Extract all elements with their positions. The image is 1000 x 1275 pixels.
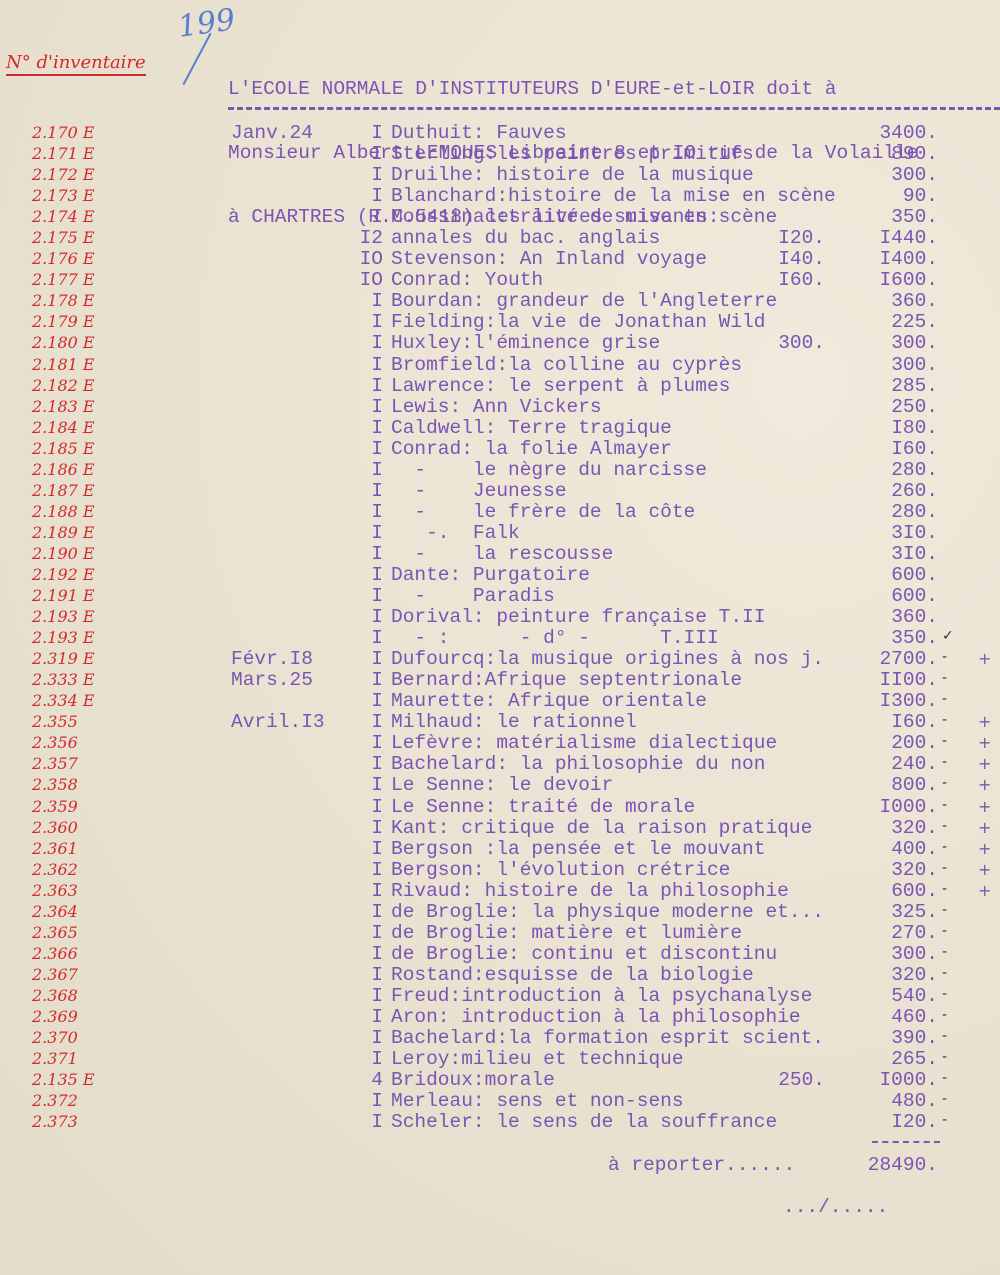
check-mark: - — [942, 797, 947, 813]
book-title: - le frère de la côte — [391, 502, 695, 523]
line-price: I80. — [891, 418, 938, 439]
table-row: 2.362IBergson: l'évolution crétrice320.-… — [0, 860, 1000, 881]
check-mark: - — [942, 923, 947, 939]
quantity: I — [355, 923, 383, 944]
line-price: 300. — [891, 333, 938, 354]
inventory-number: 2.170 E — [32, 123, 95, 142]
book-title: Scheler: le sens de la souffrance — [391, 1112, 777, 1133]
line-price: 350. — [891, 207, 938, 228]
inventory-number: 2.361 — [32, 839, 78, 858]
line-price: 90. — [903, 186, 938, 207]
unit-price: 250. — [778, 1070, 825, 1091]
book-title: Moussinac:traité de mise en scène — [391, 207, 777, 228]
inventory-number: 2.369 — [32, 1007, 78, 1026]
table-row: 2.193 EI - : - d° - T.III350.✓ — [0, 628, 1000, 649]
check-mark: - — [942, 986, 947, 1002]
table-row: 2.372IMerleau: sens et non-sens480.- — [0, 1091, 1000, 1112]
line-price: 400. — [891, 839, 938, 860]
header-rule — [228, 107, 1000, 110]
line-price: I000. — [879, 1070, 938, 1091]
book-title: Bachelard:la formation esprit scient. — [391, 1028, 824, 1049]
order-date: Janv.24 — [231, 123, 313, 144]
table-row: 2.366Ide Broglie: continu et discontinu3… — [0, 944, 1000, 965]
inventory-number: 2.373 — [32, 1112, 78, 1131]
table-row: 2.182 EILawrence: le serpent à plumes285… — [0, 376, 1000, 397]
total-value: 28490. — [868, 1155, 938, 1176]
book-title: Huxley:l'éminence grise — [391, 333, 660, 354]
line-price: 300. — [891, 944, 938, 965]
line-price: I440. — [879, 228, 938, 249]
book-title: Freud:introduction à la psychanalyse — [391, 986, 812, 1007]
inventory-number: 2.193 E — [32, 607, 95, 626]
book-title: Blanchard:histoire de la mise en scène — [391, 186, 836, 207]
quantity: I — [355, 649, 383, 670]
check-mark: - — [942, 712, 947, 728]
inventory-number: 2.368 — [32, 986, 78, 1005]
check-mark: - — [942, 733, 947, 749]
table-row: 2.369IAron: introduction à la philosophi… — [0, 1007, 1000, 1028]
quantity: I — [355, 733, 383, 754]
table-row: 2.368IFreud:introduction à la psychanaly… — [0, 986, 1000, 1007]
inventory-number: 2.184 E — [32, 418, 95, 437]
line-price: I60. — [891, 712, 938, 733]
table-row: 2.177 EIOConrad: YouthI60.I600. — [0, 270, 1000, 291]
check-mark: - — [942, 944, 947, 960]
line-price: 540. — [891, 986, 938, 1007]
table-row: 2.363IRivaud: histoire de la philosophie… — [0, 881, 1000, 902]
line-price: I20. — [891, 1112, 938, 1133]
line-price: I300. — [879, 691, 938, 712]
inventory-number: 2.187 E — [32, 481, 95, 500]
quantity: I — [355, 965, 383, 986]
inventory-number: 2.181 E — [32, 355, 95, 374]
inventory-number: 2.171 E — [32, 144, 95, 163]
book-title: - le nègre du narcisse — [391, 460, 707, 481]
book-title: Dante: Purgatoire — [391, 565, 590, 586]
line-price: 320. — [891, 818, 938, 839]
quantity: I — [355, 207, 383, 228]
check-mark: ✓ — [942, 628, 954, 644]
quantity: I — [355, 881, 383, 902]
order-date: Avril.I3 — [231, 712, 325, 733]
book-title: - Paradis — [391, 586, 555, 607]
check-mark: - — [942, 1091, 947, 1107]
table-row: 2.183 EILewis: Ann Vickers250. — [0, 397, 1000, 418]
book-title: - Jeunesse — [391, 481, 567, 502]
table-row: 2.359ILe Senne: traité de moraleI000.-+ — [0, 797, 1000, 818]
table-row: 2.181 EIBromfield:la colline au cyprès30… — [0, 355, 1000, 376]
quantity: I — [355, 818, 383, 839]
inventory-number: 2.174 E — [32, 207, 95, 226]
inventory-number: 2.182 E — [32, 376, 95, 395]
book-title: Bourdan: grandeur de l'Angleterre — [391, 291, 777, 312]
quantity: I — [355, 670, 383, 691]
inventory-number: 2.177 E — [32, 270, 95, 289]
table-row: 2.319 EFévr.I8IDufourcq:la musique origi… — [0, 649, 1000, 670]
line-price: I60. — [891, 439, 938, 460]
order-date: Mars.25 — [231, 670, 313, 691]
book-title: Lefèvre: matérialisme dialectique — [391, 733, 777, 754]
quantity: I — [355, 775, 383, 796]
check-mark: - — [942, 818, 947, 834]
inventory-column-label: N° d'inventaire — [6, 52, 146, 76]
inventory-number: 2.370 — [32, 1028, 78, 1047]
unit-price: I40. — [778, 249, 825, 270]
line-price: 300. — [891, 355, 938, 376]
quantity: I — [355, 397, 383, 418]
table-row: 2.174 EIMoussinac:traité de mise en scèn… — [0, 207, 1000, 228]
inventory-number: 2.176 E — [32, 249, 95, 268]
quantity: I — [355, 839, 383, 860]
check-mark: - — [942, 1049, 947, 1065]
book-title: Fielding:la vie de Jonathan Wild — [391, 312, 765, 333]
quantity: I — [355, 860, 383, 881]
quantity: I — [355, 460, 383, 481]
line-price: 300. — [891, 165, 938, 186]
book-title: - la rescousse — [391, 544, 613, 565]
inventory-number: 2.365 — [32, 923, 78, 942]
inventory-number: 2.355 — [32, 712, 78, 731]
inventory-number: 2.189 E — [32, 523, 95, 542]
line-price: 285. — [891, 376, 938, 397]
table-row: 2.170 EJanv.24IDuthuit: Fauves3400. — [0, 123, 1000, 144]
quantity: I — [355, 1091, 383, 1112]
unit-price: 300. — [778, 333, 825, 354]
line-price: 360. — [891, 607, 938, 628]
plus-mark: + — [978, 754, 991, 773]
table-row: 2.179 EIFielding:la vie de Jonathan Wild… — [0, 312, 1000, 333]
line-price: 260. — [891, 481, 938, 502]
plus-mark: + — [978, 797, 991, 816]
quantity: I — [355, 797, 383, 818]
inventory-number: 2.362 — [32, 860, 78, 879]
book-title: -. Falk — [391, 523, 520, 544]
check-mark: - — [942, 754, 947, 770]
table-row: 2.190 EI - la rescousse3I0. — [0, 544, 1000, 565]
line-price: 325. — [891, 902, 938, 923]
quantity: I — [355, 902, 383, 923]
inventory-number: 2.185 E — [32, 439, 95, 458]
book-title: Milhaud: le rationnel — [391, 712, 637, 733]
plus-mark: + — [978, 881, 991, 900]
table-row: 2.185 EIConrad: la folie AlmayerI60. — [0, 439, 1000, 460]
inventory-number: 2.372 — [32, 1091, 78, 1110]
line-price: 2700. — [879, 649, 938, 670]
check-mark: - — [942, 1028, 947, 1044]
table-row: 2.193 EIDorival: peinture française T.II… — [0, 607, 1000, 628]
quantity: I — [355, 712, 383, 733]
inventory-number: 2.179 E — [32, 312, 95, 331]
line-price: 600. — [891, 565, 938, 586]
line-price: 280. — [891, 460, 938, 481]
line-price: 3I0. — [891, 544, 938, 565]
table-row: 2.172 EIDruilhe: histoire de la musique3… — [0, 165, 1000, 186]
plus-mark: + — [978, 712, 991, 731]
check-mark: - — [942, 1070, 947, 1086]
inventory-number: 2.135 E — [32, 1070, 95, 1089]
line-price: 265. — [891, 1049, 938, 1070]
quantity: I — [355, 628, 383, 649]
inventory-number: 2.364 — [32, 902, 78, 921]
inventory-number: 2.366 — [32, 944, 78, 963]
line-price: I400. — [879, 249, 938, 270]
header-line-1: L'ECOLE NORMALE D'INSTITUTEURS D'EURE-et… — [228, 78, 918, 100]
quantity: I — [355, 439, 383, 460]
book-title: Duthuit: Fauves — [391, 123, 567, 144]
book-title: Le Senne: traité de morale — [391, 797, 695, 818]
line-price: I000. — [879, 797, 938, 818]
inventory-number: 2.360 — [32, 818, 78, 837]
line-price: 225. — [891, 312, 938, 333]
continuation-mark: .../..... — [783, 1197, 888, 1218]
table-row: 2.187 EI - Jeunesse260. — [0, 481, 1000, 502]
book-title: Dorival: peinture française T.II — [391, 607, 765, 628]
book-title: annales du bac. anglais — [391, 228, 660, 249]
quantity: I — [355, 186, 383, 207]
line-price: I600. — [879, 270, 938, 291]
check-mark: - — [942, 1112, 947, 1128]
plus-mark: + — [978, 818, 991, 837]
quantity: I — [355, 376, 383, 397]
quantity: I — [355, 165, 383, 186]
table-row: 2.360IKant: critique de la raison pratiq… — [0, 818, 1000, 839]
table-row: 2.175 EI2annales du bac. anglaisI20.I440… — [0, 228, 1000, 249]
table-row: 2.333 EMars.25IBernard:Afrique septentri… — [0, 670, 1000, 691]
inventory-number: 2.190 E — [32, 544, 95, 563]
line-price: 250. — [891, 397, 938, 418]
book-title: Dufourcq:la musique origines à nos j. — [391, 649, 824, 670]
quantity: I — [355, 544, 383, 565]
inventory-number: 2.175 E — [32, 228, 95, 247]
quantity: IO — [355, 249, 383, 270]
quantity: I — [355, 523, 383, 544]
line-price: 800. — [891, 775, 938, 796]
check-mark: - — [942, 839, 947, 855]
inventory-number: 2.319 E — [32, 649, 95, 668]
table-row: 2.367IRostand:esquisse de la biologie320… — [0, 965, 1000, 986]
inventory-number: 2.193 E — [32, 628, 95, 647]
quantity: I — [355, 1112, 383, 1133]
book-title: de Broglie: continu et discontinu — [391, 944, 777, 965]
check-mark: - — [942, 775, 947, 791]
inventory-number: 2.358 — [32, 775, 78, 794]
quantity: I — [355, 607, 383, 628]
book-title: Stevenson: An Inland voyage — [391, 249, 707, 270]
table-row: 2.180 EIHuxley:l'éminence grise300.300. — [0, 333, 1000, 354]
quantity: I — [355, 123, 383, 144]
book-title: - : - d° - T.III — [391, 628, 719, 649]
quantity: 4 — [355, 1070, 383, 1091]
line-price: 390. — [891, 1028, 938, 1049]
book-title: Sterling:les peintres primitifs — [391, 144, 754, 165]
inventory-number: 2.357 — [32, 754, 78, 773]
quantity: I — [355, 333, 383, 354]
inventory-number: 2.356 — [32, 733, 78, 752]
line-price: 350. — [891, 628, 938, 649]
quantity: I2 — [355, 228, 383, 249]
quantity: I — [355, 944, 383, 965]
line-price: 320. — [891, 860, 938, 881]
book-title: de Broglie: la physique moderne et... — [391, 902, 824, 923]
book-title: Lawrence: le serpent à plumes — [391, 376, 730, 397]
table-row: 2.176 EIOStevenson: An Inland voyageI40.… — [0, 249, 1000, 270]
table-row: 2.371ILeroy:milieu et technique265.- — [0, 1049, 1000, 1070]
line-price: 240. — [891, 754, 938, 775]
book-title: Bernard:Afrique septentrionale — [391, 670, 742, 691]
check-mark: - — [942, 965, 947, 981]
book-title: Rostand:esquisse de la biologie — [391, 965, 754, 986]
table-row: 2.364Ide Broglie: la physique moderne et… — [0, 902, 1000, 923]
quantity: I — [355, 144, 383, 165]
check-mark: - — [942, 1007, 947, 1023]
quantity: I — [355, 1007, 383, 1028]
inventory-number: 2.334 E — [32, 691, 95, 710]
quantity: IO — [355, 270, 383, 291]
book-title: Maurette: Afrique orientale — [391, 691, 707, 712]
table-row: 2.358ILe Senne: le devoir800.-+ — [0, 775, 1000, 796]
table-row: 2.370IBachelard:la formation esprit scie… — [0, 1028, 1000, 1049]
table-row: 2.334 EIMaurette: Afrique orientaleI300.… — [0, 691, 1000, 712]
inventory-number: 2.172 E — [32, 165, 95, 184]
line-price: 600. — [891, 586, 938, 607]
quantity: I — [355, 754, 383, 775]
table-row: 2.356ILefèvre: matérialisme dialectique2… — [0, 733, 1000, 754]
inventory-number: 2.188 E — [32, 502, 95, 521]
plus-mark: + — [978, 860, 991, 879]
quantity: I — [355, 1049, 383, 1070]
book-title: Bachelard: la philosophie du non — [391, 754, 765, 775]
book-title: Druilhe: histoire de la musique — [391, 165, 754, 186]
table-row: 2.357IBachelard: la philosophie du non24… — [0, 754, 1000, 775]
quantity: I — [355, 986, 383, 1007]
unit-price: I20. — [778, 228, 825, 249]
line-price: 600. — [891, 881, 938, 902]
quantity: I — [355, 481, 383, 502]
order-date: Févr.I8 — [231, 649, 313, 670]
line-price: 270. — [891, 923, 938, 944]
inventory-number: 2.192 E — [32, 565, 95, 584]
inventory-number: 2.371 — [32, 1049, 78, 1068]
book-title: Merleau: sens et non-sens — [391, 1091, 684, 1112]
check-mark: - — [942, 860, 947, 876]
inventory-number: 2.363 — [32, 881, 78, 900]
book-title: Lewis: Ann Vickers — [391, 397, 602, 418]
check-mark: - — [942, 670, 947, 686]
quantity: I — [355, 691, 383, 712]
book-title: Conrad: Youth — [391, 270, 543, 291]
quantity: I — [355, 355, 383, 376]
line-price: 3I0. — [891, 523, 938, 544]
plus-mark: + — [978, 839, 991, 858]
table-row: 2.361IBergson :la pensée et le mouvant40… — [0, 839, 1000, 860]
table-row: 2.191 EI - Paradis600. — [0, 586, 1000, 607]
book-title: Aron: introduction à la philosophie — [391, 1007, 801, 1028]
quantity: I — [355, 1028, 383, 1049]
line-price: II00. — [879, 670, 938, 691]
line-price: 3400. — [879, 123, 938, 144]
inventory-number: 2.180 E — [32, 333, 95, 352]
line-price: 280. — [891, 502, 938, 523]
book-title: Conrad: la folie Almayer — [391, 439, 672, 460]
inventory-number: 2.173 E — [32, 186, 95, 205]
plus-mark: + — [978, 775, 991, 794]
inventory-number: 2.183 E — [32, 397, 95, 416]
inventory-number: 2.186 E — [32, 460, 95, 479]
book-title: Rivaud: histoire de la philosophie — [391, 881, 789, 902]
table-row: 2.173 EIBlanchard:histoire de la mise en… — [0, 186, 1000, 207]
quantity: I — [355, 565, 383, 586]
unit-price: I60. — [778, 270, 825, 291]
quantity: I — [355, 502, 383, 523]
line-price: 360. — [891, 291, 938, 312]
table-row: 2.171 EISterling:les peintres primitifs8… — [0, 144, 1000, 165]
book-title: de Broglie: matière et lumière — [391, 923, 742, 944]
inventory-number: 2.191 E — [32, 586, 95, 605]
line-price: 890. — [891, 144, 938, 165]
line-price: 320. — [891, 965, 938, 986]
inventory-number: 2.359 — [32, 797, 78, 816]
book-title: Kant: critique de la raison pratique — [391, 818, 812, 839]
inventory-number: 2.333 E — [32, 670, 95, 689]
total-label: à reporter...... — [608, 1155, 795, 1176]
book-title: Leroy:milieu et technique — [391, 1049, 684, 1070]
check-mark: - — [942, 691, 947, 707]
inventory-number: 2.367 — [32, 965, 78, 984]
table-row: 2.189 EI -. Falk3I0. — [0, 523, 1000, 544]
quantity: I — [355, 418, 383, 439]
table-row: 2.188 EI - le frère de la côte280. — [0, 502, 1000, 523]
table-row: 2.186 EI - le nègre du narcisse280. — [0, 460, 1000, 481]
quantity: I — [355, 291, 383, 312]
check-mark: - — [942, 902, 947, 918]
total-rule — [872, 1141, 940, 1143]
book-list: 2.170 EJanv.24IDuthuit: Fauves3400.2.171… — [0, 123, 1000, 1133]
quantity: I — [355, 312, 383, 333]
book-title: Bergson :la pensée et le mouvant — [391, 839, 765, 860]
check-mark: - — [942, 649, 947, 665]
table-row: 2.135 E4Bridoux:morale250.I000.- — [0, 1070, 1000, 1091]
plus-mark: + — [978, 649, 991, 668]
table-row: 2.355Avril.I3IMilhaud: le rationnelI60.-… — [0, 712, 1000, 733]
book-title: Bergson: l'évolution crétrice — [391, 860, 730, 881]
book-title: Le Senne: le devoir — [391, 775, 613, 796]
plus-mark: + — [978, 733, 991, 752]
line-price: 480. — [891, 1091, 938, 1112]
table-row: 2.178 EIBourdan: grandeur de l'Angleterr… — [0, 291, 1000, 312]
table-row: 2.365Ide Broglie: matière et lumière270.… — [0, 923, 1000, 944]
table-row: 2.184 EICaldwell: Terre tragiqueI80. — [0, 418, 1000, 439]
table-row: 2.192 EIDante: Purgatoire600. — [0, 565, 1000, 586]
book-title: Caldwell: Terre tragique — [391, 418, 672, 439]
line-price: 200. — [891, 733, 938, 754]
table-row: 2.373IScheler: le sens de la souffranceI… — [0, 1112, 1000, 1133]
inventory-number: 2.178 E — [32, 291, 95, 310]
check-mark: - — [942, 881, 947, 897]
book-title: Bromfield:la colline au cyprès — [391, 355, 742, 376]
line-price: 460. — [891, 1007, 938, 1028]
quantity: I — [355, 586, 383, 607]
book-title: Bridoux:morale — [391, 1070, 555, 1091]
